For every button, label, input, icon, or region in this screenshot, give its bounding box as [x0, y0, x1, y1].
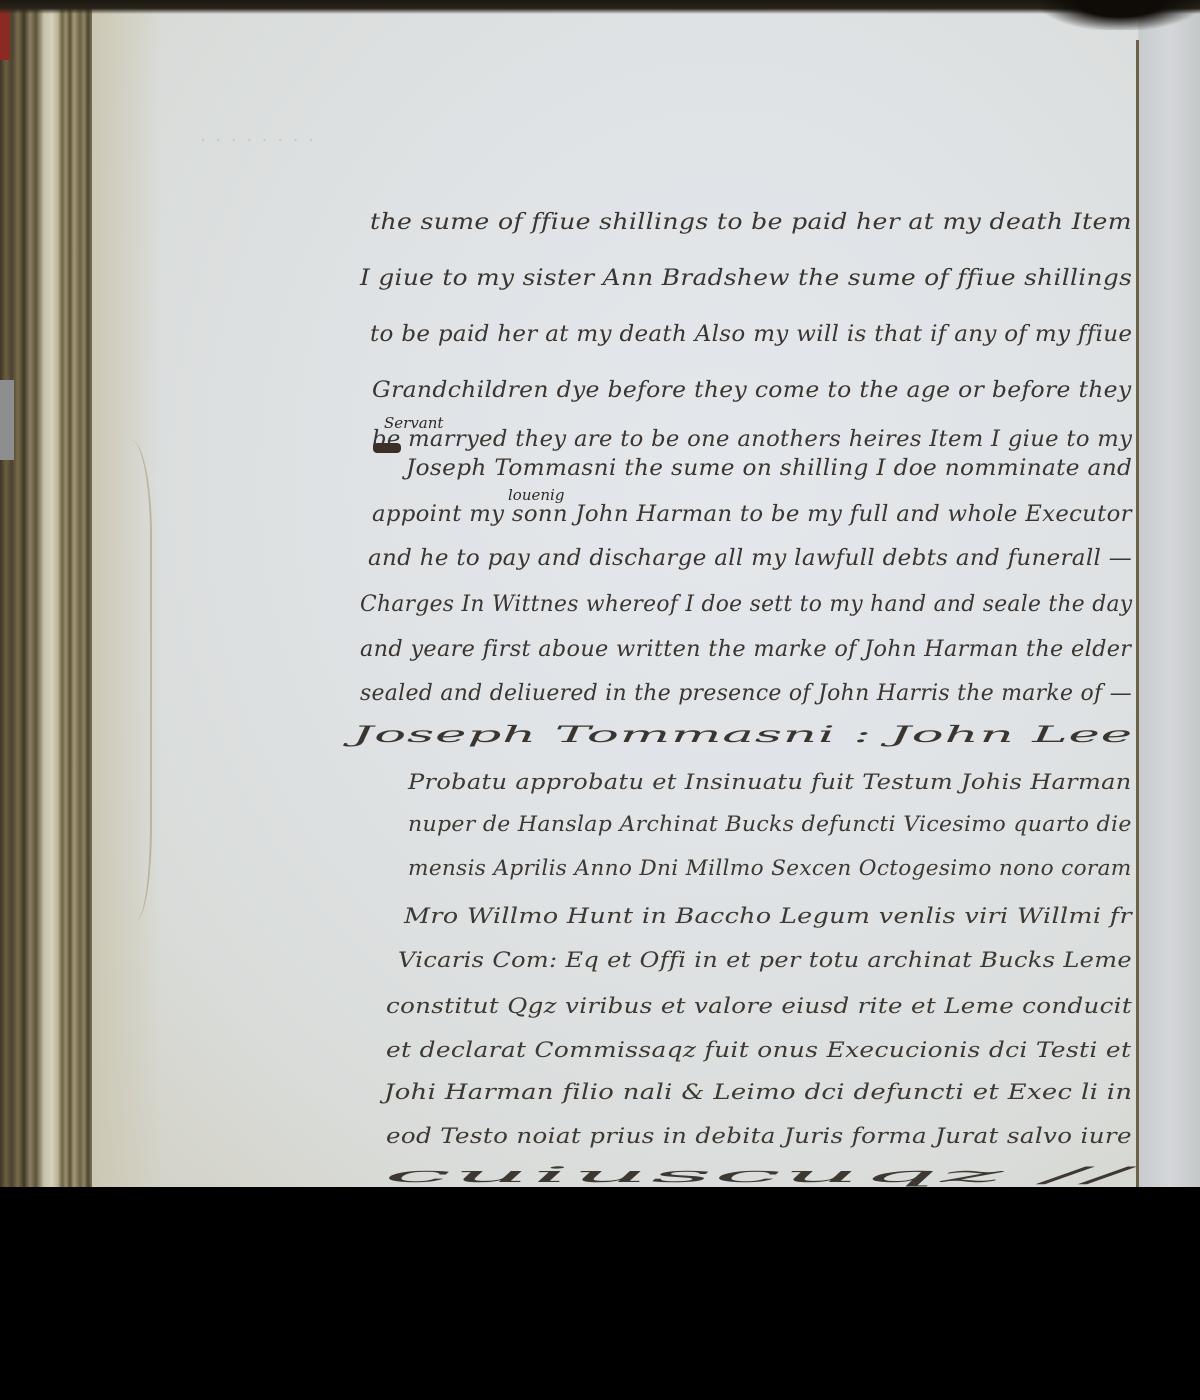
letterbox-bottom	[0, 1187, 1200, 1400]
ink-blot	[373, 443, 401, 453]
will-line: appoint my sonn John Harman to be my ful…	[372, 502, 1132, 527]
manuscript-photograph: · · · · · · · · the sume of ffiue shilli…	[0, 0, 1200, 1187]
probate-line: Johi Harman filio nali & Leimo dci defun…	[384, 1080, 1132, 1104]
will-line: and yeare first aboue written the marke …	[360, 637, 1131, 662]
probate-line: constitut Qgz viribus et valore eiusd ri…	[386, 994, 1132, 1018]
probate-line: mensis Aprilis Anno Dni Millmo Sexcen Oc…	[408, 856, 1132, 880]
will-line: Grandchildren dye before they come to th…	[372, 378, 1131, 403]
will-line: the sume of ffiue shillings to be paid h…	[370, 210, 1132, 235]
probate-line: nuper de Hanslap Archinat Bucks defuncti…	[408, 812, 1132, 836]
interlinear-servant: Servant	[384, 414, 443, 432]
probate-line: Vicaris Com: Eq et Offi in et per totu a…	[398, 948, 1132, 972]
probate-line: Probatu approbatu et Insinuatu fuit Test…	[408, 770, 1132, 794]
manuscript-text: the sume of ffiue shillings to be paid h…	[0, 0, 1200, 1187]
probate-line: eod Testo noiat prius in debita Juris fo…	[386, 1124, 1132, 1148]
will-line: and he to pay and discharge all my lawfu…	[368, 546, 1132, 571]
probate-line: et declarat Commissaqz fuit onus Execuci…	[386, 1038, 1131, 1062]
will-line: be marryed they are to be one anothers h…	[372, 427, 1132, 452]
probate-line: Mro Willmo Hunt in Baccho Legum venlis v…	[404, 904, 1132, 928]
probate-line: cuiuscuqz //	[384, 1163, 1129, 1187]
will-line: to be paid her at my death Also my will …	[370, 322, 1132, 347]
will-line: Joseph Tommasni the sume on shilling I d…	[406, 456, 1132, 481]
will-line: sealed and deliuered in the presence of …	[360, 681, 1132, 706]
will-line: Charges In Wittnes whereof I doe sett to…	[360, 592, 1132, 617]
will-line: I giue to my sister Ann Bradshew the sum…	[360, 266, 1132, 291]
will-line: Joseph Tommasni : John Lee	[352, 723, 1133, 748]
top-shadow	[0, 0, 1200, 14]
top-shadow-right	[1040, 0, 1200, 30]
